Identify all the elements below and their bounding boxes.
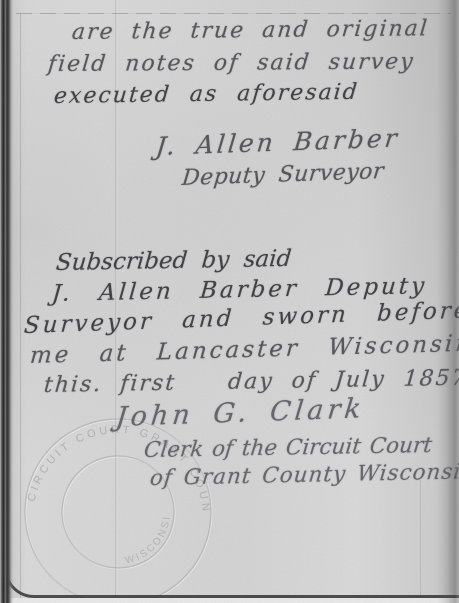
- surveyor-signature-title: Deputy Surveyor: [181, 159, 386, 191]
- page-bottom-corner: [4, 549, 459, 598]
- scanned-document-page: { "document": { "opening_lines": [ "are …: [0, 0, 459, 603]
- margin-rule-left: [20, 13, 21, 603]
- opening-line-2: field notes of said survey: [47, 49, 416, 77]
- opening-line-3: executed as aforesaid: [53, 80, 360, 109]
- attestation-blank-gap: [176, 389, 228, 390]
- attestation-line-1: Subscribed by said: [55, 246, 293, 276]
- attestation-line-5-left: this. first: [43, 371, 177, 398]
- surveyor-signature-name: J. Allen Barber: [154, 123, 401, 161]
- book-binding-edge: [0, 0, 14, 603]
- attestation-line-5: this. firstday of July 1857: [43, 366, 459, 398]
- opening-line-1: are the true and original: [71, 16, 430, 45]
- scanner-bed-strip: [0, 598, 459, 603]
- clerk-signature-name: John G. Clark: [114, 393, 366, 433]
- attestation-line-5-right: day of July 1857: [227, 366, 459, 395]
- clerk-signature-title-2: of Grant County Wisconsin: [149, 459, 459, 491]
- page-edge-shadow: [437, 0, 459, 603]
- clerk-signature-title-1: Clerk of the Circuit Court: [143, 433, 434, 463]
- ruled-top-line: [16, 13, 451, 14]
